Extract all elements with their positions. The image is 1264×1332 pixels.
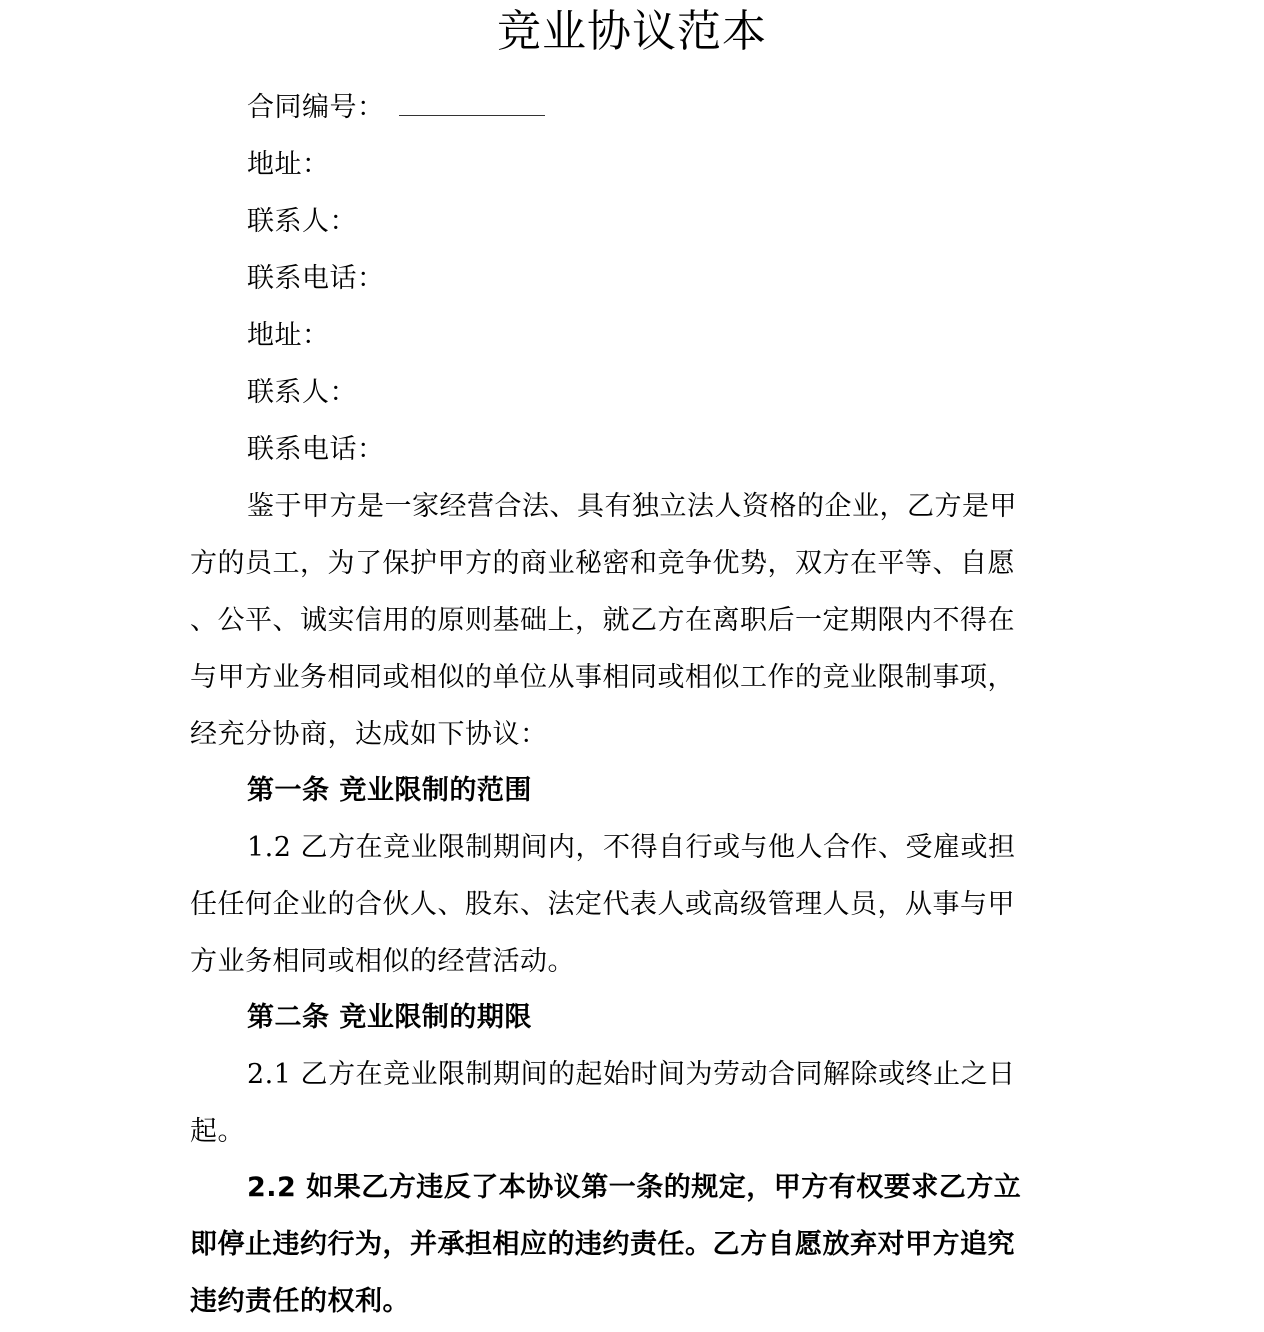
preamble-line: 鉴于甲方是一家经营合法、具有独立法人资格的企业，乙方是甲 xyxy=(247,489,1127,525)
preamble-line: 经充分协商，达成如下协议： xyxy=(190,717,1070,753)
contract-number-field: 合同编号： xyxy=(247,90,1127,126)
preamble-line: 与甲方业务相同或相似的单位从事相同或相似工作的竞业限制事项， xyxy=(190,660,1070,696)
clause-2-1-line: 起。 xyxy=(190,1114,1070,1150)
field-label: 联系电话： xyxy=(247,434,385,465)
field-label: 地址： xyxy=(247,149,330,180)
clause-1-2-line: 1.2 乙方在竞业限制期间内，不得自行或与他人合作、受雇或担 xyxy=(247,830,1127,866)
contact-field-2: 联系人： xyxy=(247,375,1127,411)
clause-2-2-line: 2.2 如果乙方违反了本协议第一条的规定，甲方有权要求乙方立 xyxy=(247,1170,1127,1206)
field-label: 联系人： xyxy=(247,377,357,408)
preamble-line: 方的员工，为了保护甲方的商业秘密和竞争优势，双方在平等、自愿 xyxy=(190,546,1070,582)
phone-field-2: 联系电话： xyxy=(247,432,1127,468)
clause-1-2-line: 任任何企业的合伙人、股东、法定代表人或高级管理人员，从事与甲 xyxy=(190,887,1070,923)
field-label: 合同编号： xyxy=(247,92,385,123)
contact-field-1: 联系人： xyxy=(247,204,1127,240)
article-1-heading: 第一条 竞业限制的范围 xyxy=(247,773,1127,809)
preamble-line: 、公平、诚实信用的原则基础上，就乙方在离职后一定期限内不得在 xyxy=(190,603,1070,639)
field-label: 联系人： xyxy=(247,206,357,237)
clause-2-2-line: 即停止违约行为，并承担相应的违约责任。乙方自愿放弃对甲方追究 xyxy=(190,1227,1070,1263)
phone-field-1: 联系电话： xyxy=(247,261,1127,297)
document-title: 竞业协议范本 xyxy=(0,4,1264,60)
address-field-2: 地址： xyxy=(247,318,1127,354)
document-page: 竞业协议范本 合同编号： 地址： 联系人： 联系电话： 地址： 联系人： 联系电… xyxy=(0,0,1264,1332)
field-label: 联系电话： xyxy=(247,263,385,294)
clause-2-1-line: 2.1 乙方在竞业限制期间的起始时间为劳动合同解除或终止之日 xyxy=(247,1057,1127,1093)
blank-fill-line xyxy=(399,114,545,116)
article-2-heading: 第二条 竞业限制的期限 xyxy=(247,1000,1127,1036)
address-field-1: 地址： xyxy=(247,147,1127,183)
clause-2-2-line: 违约责任的权利。 xyxy=(190,1284,1070,1320)
field-label: 地址： xyxy=(247,320,330,351)
clause-1-2-line: 方业务相同或相似的经营活动。 xyxy=(190,944,1070,980)
